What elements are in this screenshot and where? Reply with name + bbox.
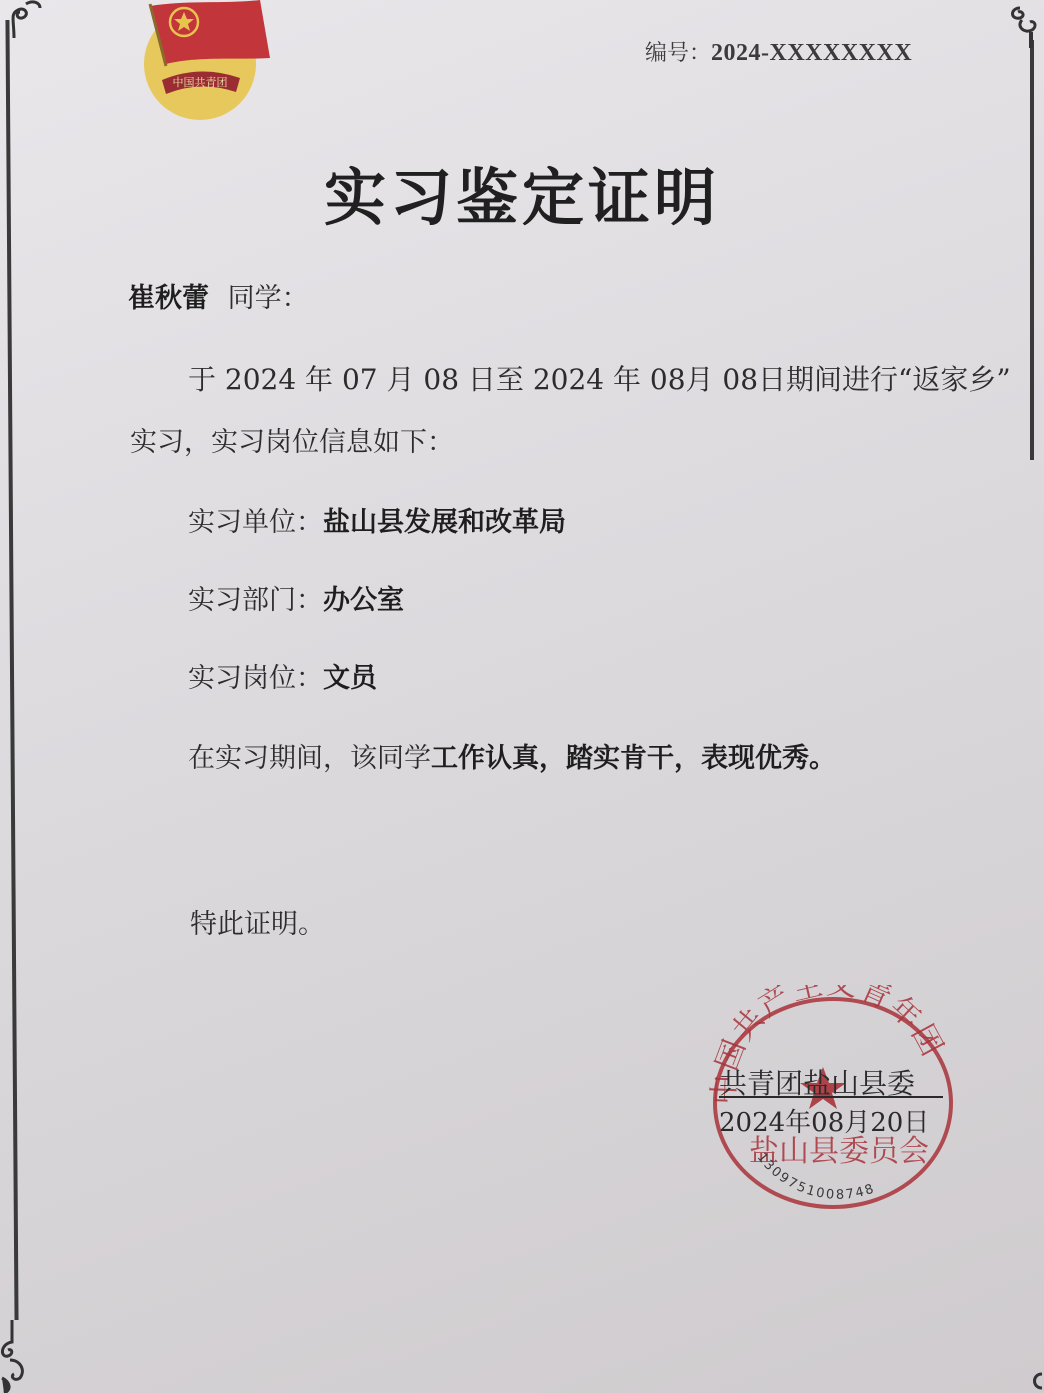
- document-title: 实习鉴定证明: [0, 148, 1044, 237]
- recipient-name: 崔秋蕾: [128, 283, 209, 314]
- recipient-line: 崔秋蕾 同学：: [128, 276, 309, 315]
- field-department: 实习部门：办公室: [188, 578, 404, 617]
- top-left-flourish-icon: [0, 0, 50, 40]
- field-position-label: 实习岗位：: [188, 663, 323, 694]
- field-position: 实习岗位：文员: [188, 656, 377, 695]
- top-right-flourish-icon: [1000, 0, 1044, 48]
- svg-text:中国共青团: 中国共青团: [173, 75, 228, 89]
- field-department-value: 办公室: [323, 585, 404, 616]
- youth-league-emblem-icon: 中国共青团: [128, 0, 273, 120]
- bottom-left-flourish-icon: [0, 1320, 40, 1393]
- evaluation-highlight: 工作认真，踏实肯干，表现优秀。: [431, 743, 836, 774]
- field-department-label: 实习部门：: [188, 585, 323, 616]
- field-unit-value: 盐山县发展和改革局: [323, 507, 566, 538]
- bottom-right-flourish-icon: [1028, 1370, 1044, 1393]
- field-position-value: 文员: [323, 663, 377, 694]
- body-line-2: 实习，实习岗位信息如下：: [130, 420, 454, 459]
- recipient-suffix: 同学：: [228, 283, 309, 314]
- svg-text:共青团盐山县委: 共青团盐山县委: [719, 1067, 915, 1100]
- field-unit-label: 实习单位：: [188, 507, 323, 538]
- body-line-1: 于 2024 年 07 月 08 日至 2024 年 08月 08日期间进行“返…: [188, 358, 1011, 398]
- serial-value: 2024-XXXXXXXX: [711, 40, 912, 66]
- evaluation-prefix: 在实习期间，该同学: [188, 743, 431, 774]
- serial-number: 编号：2024-XXXXXXXX: [645, 36, 912, 67]
- field-unit: 实习单位：盐山县发展和改革局: [188, 500, 566, 539]
- evaluation-line: 在实习期间，该同学工作认真，踏实肯干，表现优秀。: [188, 736, 836, 775]
- closing-statement: 特此证明。: [190, 902, 325, 941]
- official-seal-stamp: 中国共产主义青年团 共青团盐山县委 2024年08月20日 盐山县委员会 130…: [705, 985, 960, 1215]
- right-border-line: [1030, 40, 1034, 460]
- serial-label: 编号：: [645, 41, 711, 66]
